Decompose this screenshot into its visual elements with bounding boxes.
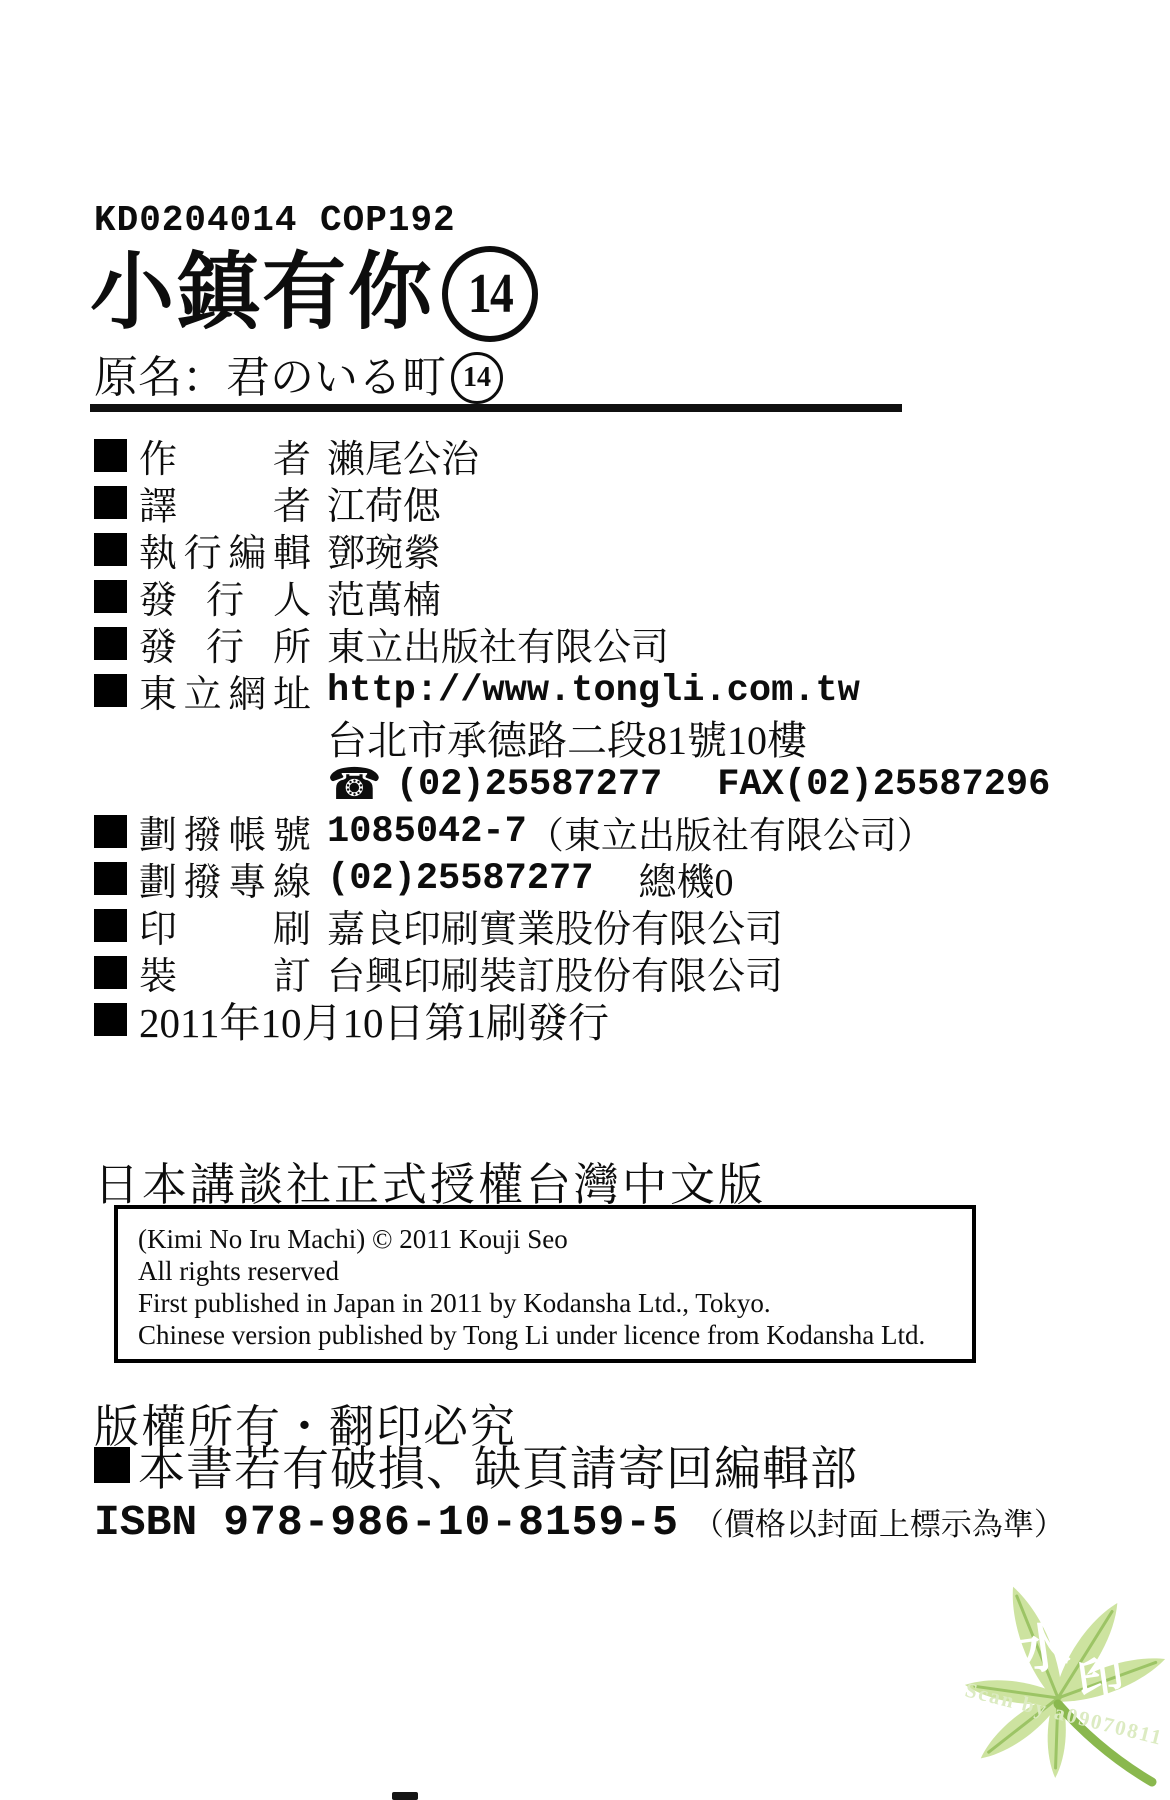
publisher-url: http://www.tongli.com.tw [327, 670, 860, 712]
bullet-square-icon [94, 815, 127, 848]
license-line-chinese-version: Chinese version published by Tong Li und… [138, 1319, 972, 1351]
telephone-number: (02)25587277 [396, 764, 662, 806]
postal-line-number: (02)25587277 [327, 858, 593, 900]
postal-account-number: 1085042-7 [327, 811, 527, 853]
bullet-square-icon [94, 580, 127, 613]
license-line-rights: All rights reserved [138, 1255, 972, 1287]
bullet-square-icon [94, 862, 127, 895]
scan-artifact [392, 1792, 418, 1800]
price-note: （價格以封面上標示為準） [693, 1499, 1065, 1547]
damage-return-text: 本書若有破損、缺頁請寄回編輯部 [138, 1432, 858, 1499]
damage-return-notice: 本書若有破損、缺頁請寄回編輯部 [94, 1440, 858, 1490]
watermark-char-top: 水 [1014, 1617, 1074, 1682]
bullet-square-icon [94, 533, 127, 566]
bullet-square-icon [94, 439, 127, 472]
credit-row-printer: 印 刷 嘉良印刷實業股份有限公司 [94, 902, 1094, 949]
original-title-text: 原名：君のいる町 [94, 354, 446, 402]
credit-row-publisher-company: 發 行 所 東立出版社有限公司 [94, 620, 1094, 667]
publisher-address: 台北市承德路二段81號10樓 [327, 709, 807, 766]
license-line-copyright: (Kimi No Iru Machi) © 2011 Kouji Seo [138, 1223, 972, 1255]
fax-number: FAX(02)25587296 [717, 764, 1050, 806]
volume-number: 14 [468, 266, 512, 322]
telephone-icon: ☎ [327, 763, 382, 807]
license-box: (Kimi No Iru Machi) © 2011 Kouji Seo All… [114, 1205, 976, 1363]
license-heading: 日本講談社正式授權台灣中文版 [94, 1148, 766, 1213]
scanner-watermark: Scan by a09070811 水 印 [928, 1568, 1170, 1800]
credit-row-editor: 執行編輯 鄧琬縈 [94, 526, 1094, 573]
bullet-square-icon [94, 486, 127, 519]
credit-row-binder: 裝 訂 台興印刷裝訂股份有限公司 [94, 949, 1094, 996]
credits-list: 作 者 瀨尾公治 譯 者 江荷偲 執行編輯 鄧琬縈 發 行 人 范萬楠 發 行 … [94, 432, 1094, 1043]
bullet-square-icon [94, 909, 127, 942]
credit-row-phone: ☎ (02)25587277 FAX(02)25587296 [94, 761, 1094, 808]
original-volume-badge: 14 [451, 352, 503, 404]
credit-row-author: 作 者 瀨尾公治 [94, 432, 1094, 479]
credit-row-website: 東立網址 http://www.tongli.com.tw [94, 667, 1094, 714]
credit-row-publisher-person: 發 行 人 范萬楠 [94, 573, 1094, 620]
product-code: KD0204014 COP192 [94, 200, 456, 241]
original-volume-number: 14 [463, 363, 491, 394]
credit-label: 東立網址 [139, 663, 311, 718]
isbn-row: ISBN 978-986-10-8159-5 （價格以封面上標示為準） [94, 1498, 1065, 1547]
credit-row-translator: 譯 者 江荷偲 [94, 479, 1094, 526]
bullet-square-icon [94, 627, 127, 660]
volume-badge: 14 [442, 246, 538, 342]
bullet-square-icon [94, 1003, 127, 1036]
credit-value: 東立出版社有限公司 [327, 616, 669, 671]
credit-row-postal-account: 劃撥帳號 1085042-7 （東立出版社有限公司） [94, 808, 1094, 855]
credit-row-print-date: 2011年10月10日第1刷發行 [94, 996, 1094, 1043]
book-title-text: 小鎮有你 [90, 252, 434, 336]
isbn-label: ISBN [94, 1498, 197, 1547]
license-line-first-published: First published in Japan in 2011 by Koda… [138, 1287, 972, 1319]
divider-rule [90, 404, 902, 412]
print-date: 2011年10月10日第1刷發行 [139, 990, 609, 1049]
bullet-square-icon [94, 1447, 130, 1483]
colophon-page: KD0204014 COP192 小鎮有你 14 原名：君のいる町 14 作 者… [0, 0, 1170, 1800]
bullet-square-icon [94, 674, 127, 707]
watermark-char-bottom: 印 [1074, 1651, 1127, 1708]
credit-row-address: 台北市承德路二段81號10樓 [94, 714, 1094, 761]
credit-row-postal-line: 劃撥專線 (02)25587277 總機0 [94, 855, 1094, 902]
book-title: 小鎮有你 14 [90, 246, 538, 342]
isbn-number: 978-986-10-8159-5 [223, 1498, 679, 1547]
original-title: 原名：君のいる町 14 [94, 352, 503, 404]
bullet-square-icon [94, 956, 127, 989]
